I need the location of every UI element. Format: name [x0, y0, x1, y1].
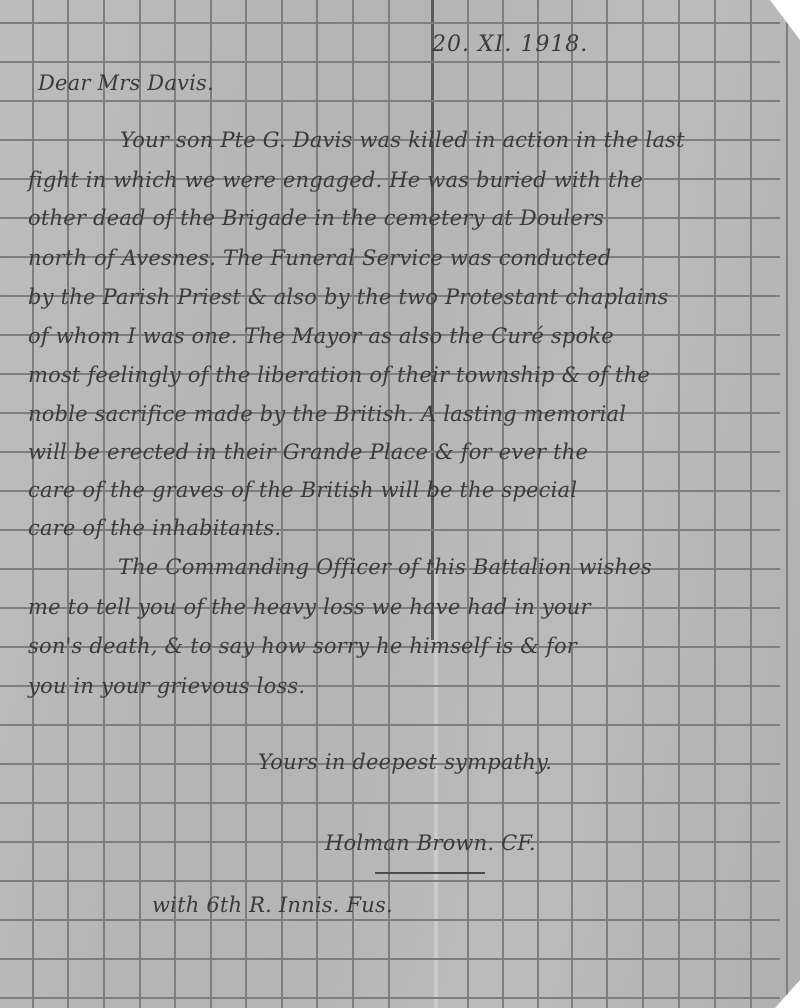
letter-salutation: Dear Mrs Davis.: [38, 73, 214, 94]
body-line: of whom I was one. The Mayor as also the…: [28, 326, 614, 347]
body-line: most feelingly of the liberation of thei…: [28, 365, 650, 386]
body-line: son's death, & to say how sorry he himse…: [28, 636, 577, 657]
body-line: noble sacrifice made by the British. A l…: [28, 404, 626, 425]
body-line: care of the graves of the British will b…: [28, 480, 577, 501]
body-line: north of Avesnes. The Funeral Service wa…: [28, 248, 611, 269]
letter-signature: Holman Brown. CF.: [325, 833, 536, 854]
body-line: me to tell you of the heavy loss we have…: [28, 597, 591, 618]
body-line: Your son Pte G. Davis was killed in acti…: [120, 130, 685, 151]
body-line: other dead of the Brigade in the cemeter…: [28, 208, 604, 229]
body-line: by the Parish Priest & also by the two P…: [28, 287, 669, 308]
signature-underline: [375, 872, 485, 874]
body-line: The Commanding Officer of this Battalion…: [118, 557, 652, 578]
body-line: you in your grievous loss.: [28, 676, 305, 697]
body-line: will be erected in their Grande Place & …: [28, 442, 588, 463]
body-line: fight in which we were engaged. He was b…: [28, 170, 643, 191]
letter-date: 20. XI. 1918.: [432, 34, 588, 56]
letter-closing: Yours in deepest sympathy.: [258, 752, 552, 773]
body-line: care of the inhabitants.: [28, 518, 281, 539]
letter-unit: with 6th R. Innis. Fus.: [152, 895, 393, 916]
